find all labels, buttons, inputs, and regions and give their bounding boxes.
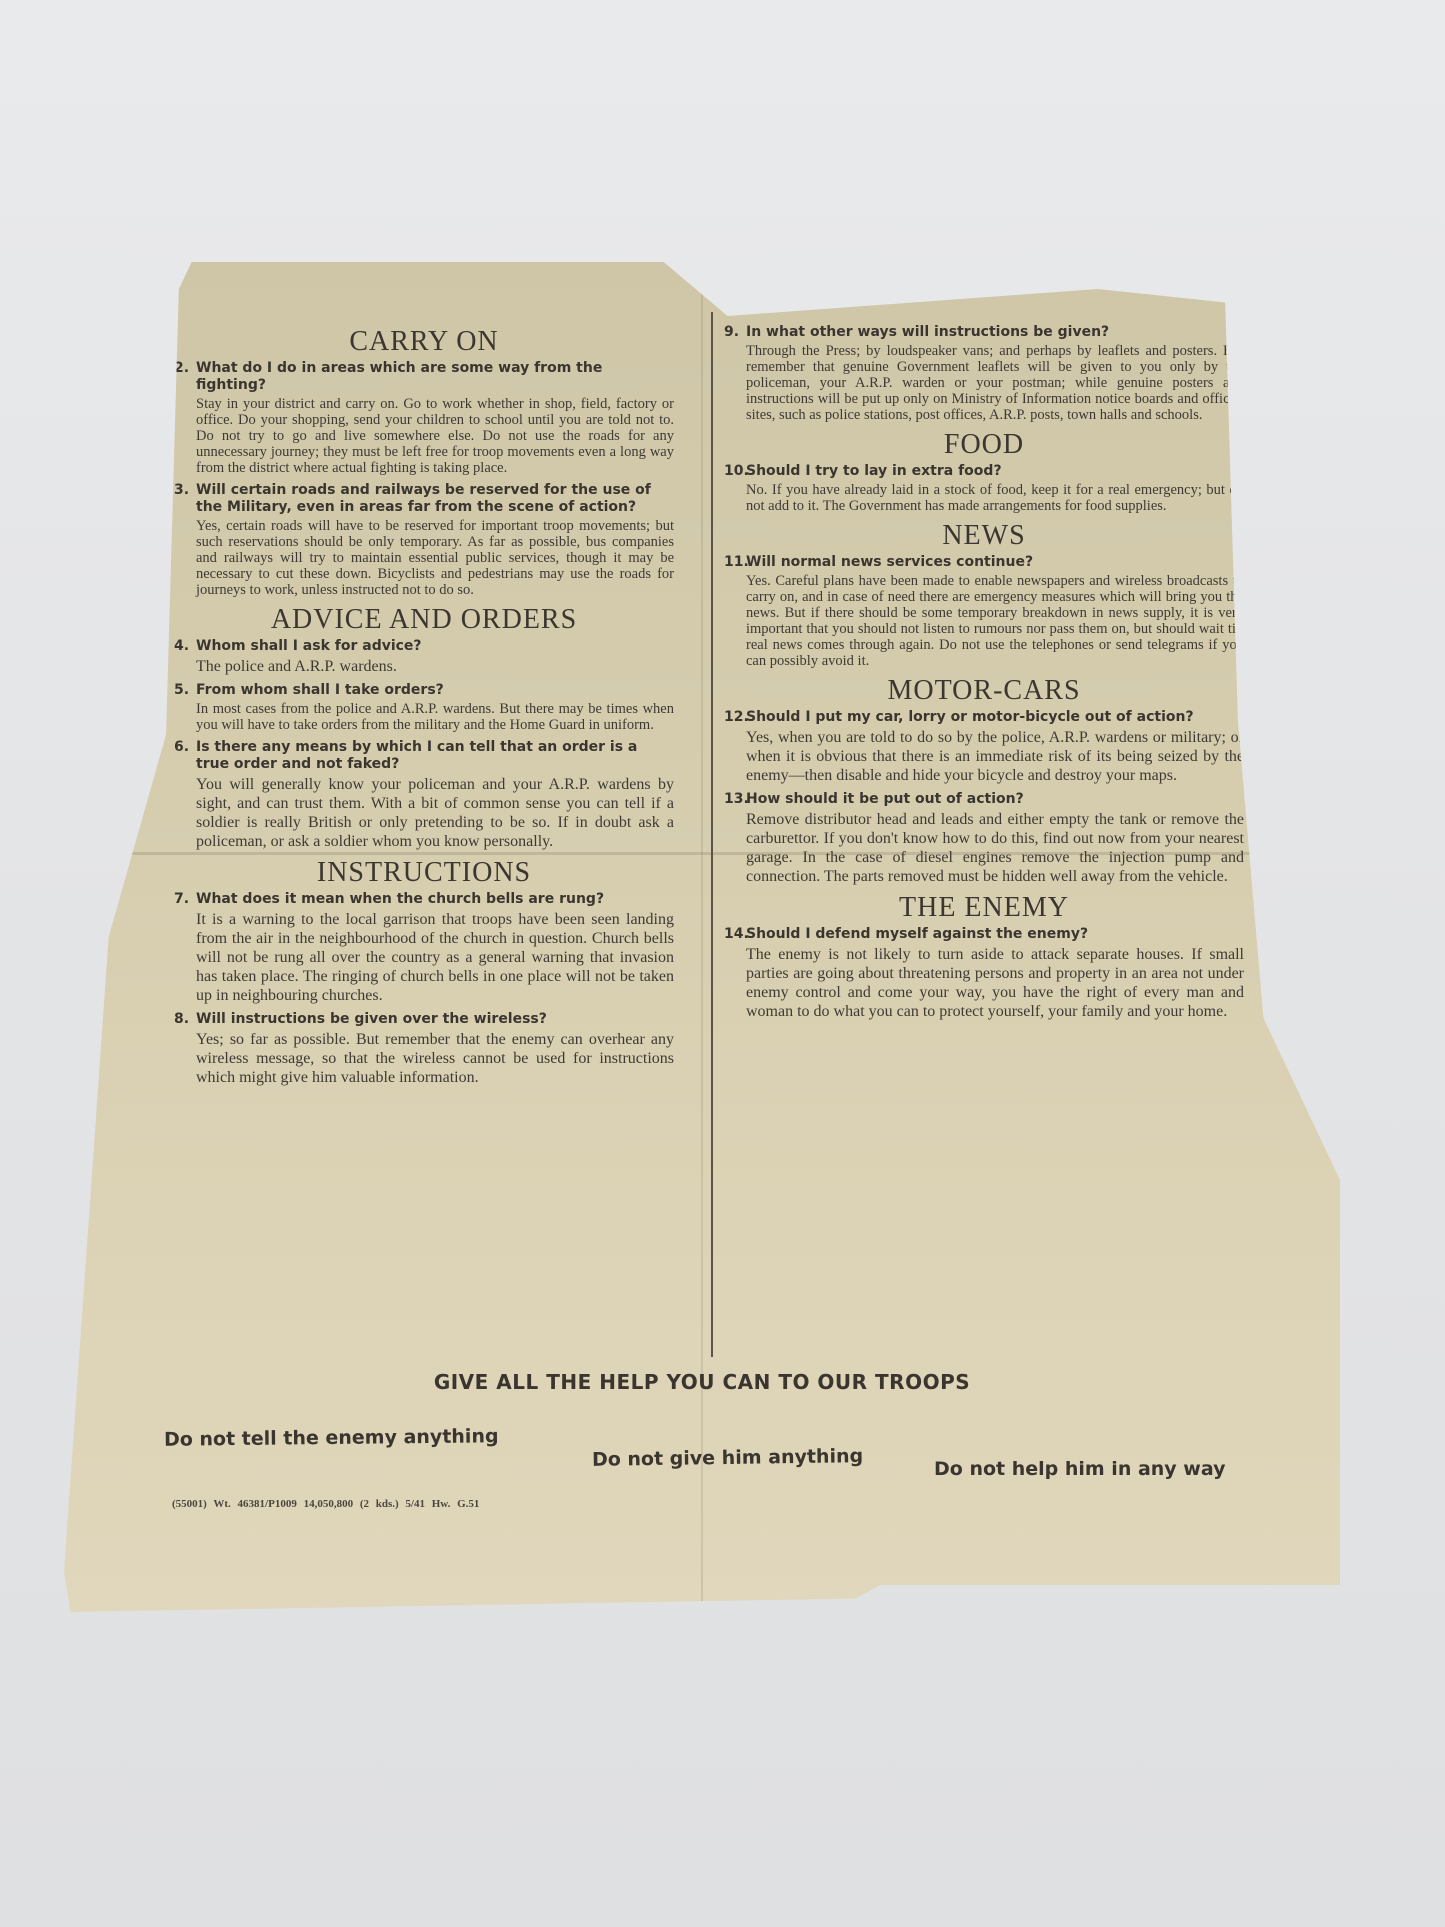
answer-text: The police and A.R.P. wardens. [174,657,674,676]
question-number: 2. [174,360,196,377]
question: 11.Will normal news services continue? [724,554,1244,571]
printer-imprint: (55001) Wt. 46381/P1009 14,050,800 (2 kd… [172,1498,479,1510]
question: 7.What does it mean when the church bell… [174,891,674,908]
vertical-fold-crease [701,262,703,1612]
question-number: 7. [174,891,196,908]
question-number: 10. [724,463,746,480]
question-text: From whom shall I take orders? [196,682,444,698]
question: 2.What do I do in areas which are some w… [174,360,674,394]
section-heading: CARRY ON [174,326,674,358]
question-text: Is there any means by which I can tell t… [196,739,637,772]
question: 13.How should it be put out of action? [724,791,1244,808]
question-number: 9. [724,324,746,341]
answer-text: Through the Press; by loudspeaker vans; … [724,343,1244,423]
answer-text: Yes, certain roads will have to be reser… [174,518,674,598]
leaflet-paper: CARRY ON2.What do I do in areas which ar… [64,262,1340,1612]
question: 3.Will certain roads and railways be res… [174,482,674,516]
answer-text: Stay in your district and carry on. Go t… [174,396,674,476]
answer-text: Yes; so far as possible. But remember th… [174,1030,674,1087]
section: 9.In what other ways will instructions b… [724,324,1244,423]
section: THE ENEMY14.Should I defend myself again… [724,892,1244,1021]
question-number: 12. [724,709,746,726]
answer-text: Remove distributor head and leads and ei… [724,810,1244,886]
question-text: Should I try to lay in extra food? [746,463,1002,479]
question-text: How should it be put out of action? [746,791,1024,807]
question-text: Whom shall I ask for advice? [196,638,422,654]
question-text: What do I do in areas which are some way… [196,360,602,393]
answer-text: It is a warning to the local garrison th… [174,910,674,1005]
left-column: CARRY ON2.What do I do in areas which ar… [174,322,674,1093]
question: 14.Should I defend myself against the en… [724,926,1244,943]
section: MOTOR-CARS12.Should I put my car, lorry … [724,675,1244,886]
column-divider [711,312,713,1357]
question: 4.Whom shall I ask for advice? [174,638,674,655]
question-text: What does it mean when the church bells … [196,891,604,907]
right-column: 9.In what other ways will instructions b… [724,322,1244,1027]
answer-text: No. If you have already laid in a stock … [724,482,1244,514]
answer-text: You will generally know your policeman a… [174,775,674,851]
section: FOOD10.Should I try to lay in extra food… [724,429,1244,514]
question-text: Will normal news services continue? [746,554,1033,570]
question-text: Should I defend myself against the enemy… [746,926,1088,942]
question-text: Will instructions be given over the wire… [196,1011,547,1027]
question-number: 14. [724,926,746,943]
question-number: 11. [724,554,746,571]
question: 10.Should I try to lay in extra food? [724,463,1244,480]
question-text: Will certain roads and railways be reser… [196,482,651,515]
section: INSTRUCTIONS7.What does it mean when the… [174,857,674,1087]
slogan-do-not-tell: Do not tell the enemy anything [164,1425,499,1451]
question-number: 13. [724,791,746,808]
answer-text: Yes, when you are told to do so by the p… [724,728,1244,785]
section-heading: INSTRUCTIONS [174,857,674,889]
answer-text: In most cases from the police and A.R.P.… [174,701,674,733]
question: 5.From whom shall I take orders? [174,682,674,699]
footer-title: GIVE ALL THE HELP YOU CAN TO OUR TROOPS [64,1370,1340,1394]
section-heading: ADVICE AND ORDERS [174,604,674,636]
question-number: 5. [174,682,196,699]
question: 12.Should I put my car, lorry or motor-b… [724,709,1244,726]
question-text: In what other ways will instructions be … [746,324,1109,340]
section-heading: THE ENEMY [724,892,1244,924]
question-number: 3. [174,482,196,499]
question: 6.Is there any means by which I can tell… [174,739,674,773]
question: 8.Will instructions be given over the wi… [174,1011,674,1028]
question: 9.In what other ways will instructions b… [724,324,1244,341]
section-heading: NEWS [724,520,1244,552]
question-number: 6. [174,739,196,756]
section-heading: FOOD [724,429,1244,461]
question-text: Should I put my car, lorry or motor-bicy… [746,709,1194,725]
slogan-do-not-give: Do not give him anything [592,1445,863,1471]
slogan-do-not-help: Do not help him in any way [934,1458,1226,1480]
section: CARRY ON2.What do I do in areas which ar… [174,326,674,598]
section: ADVICE AND ORDERS4.Whom shall I ask for … [174,604,674,851]
answer-text: Yes. Careful plans have been made to ena… [724,573,1244,669]
section-heading: MOTOR-CARS [724,675,1244,707]
question-number: 4. [174,638,196,655]
answer-text: The enemy is not likely to turn aside to… [724,945,1244,1021]
section: NEWS11.Will normal news services continu… [724,520,1244,669]
question-number: 8. [174,1011,196,1028]
